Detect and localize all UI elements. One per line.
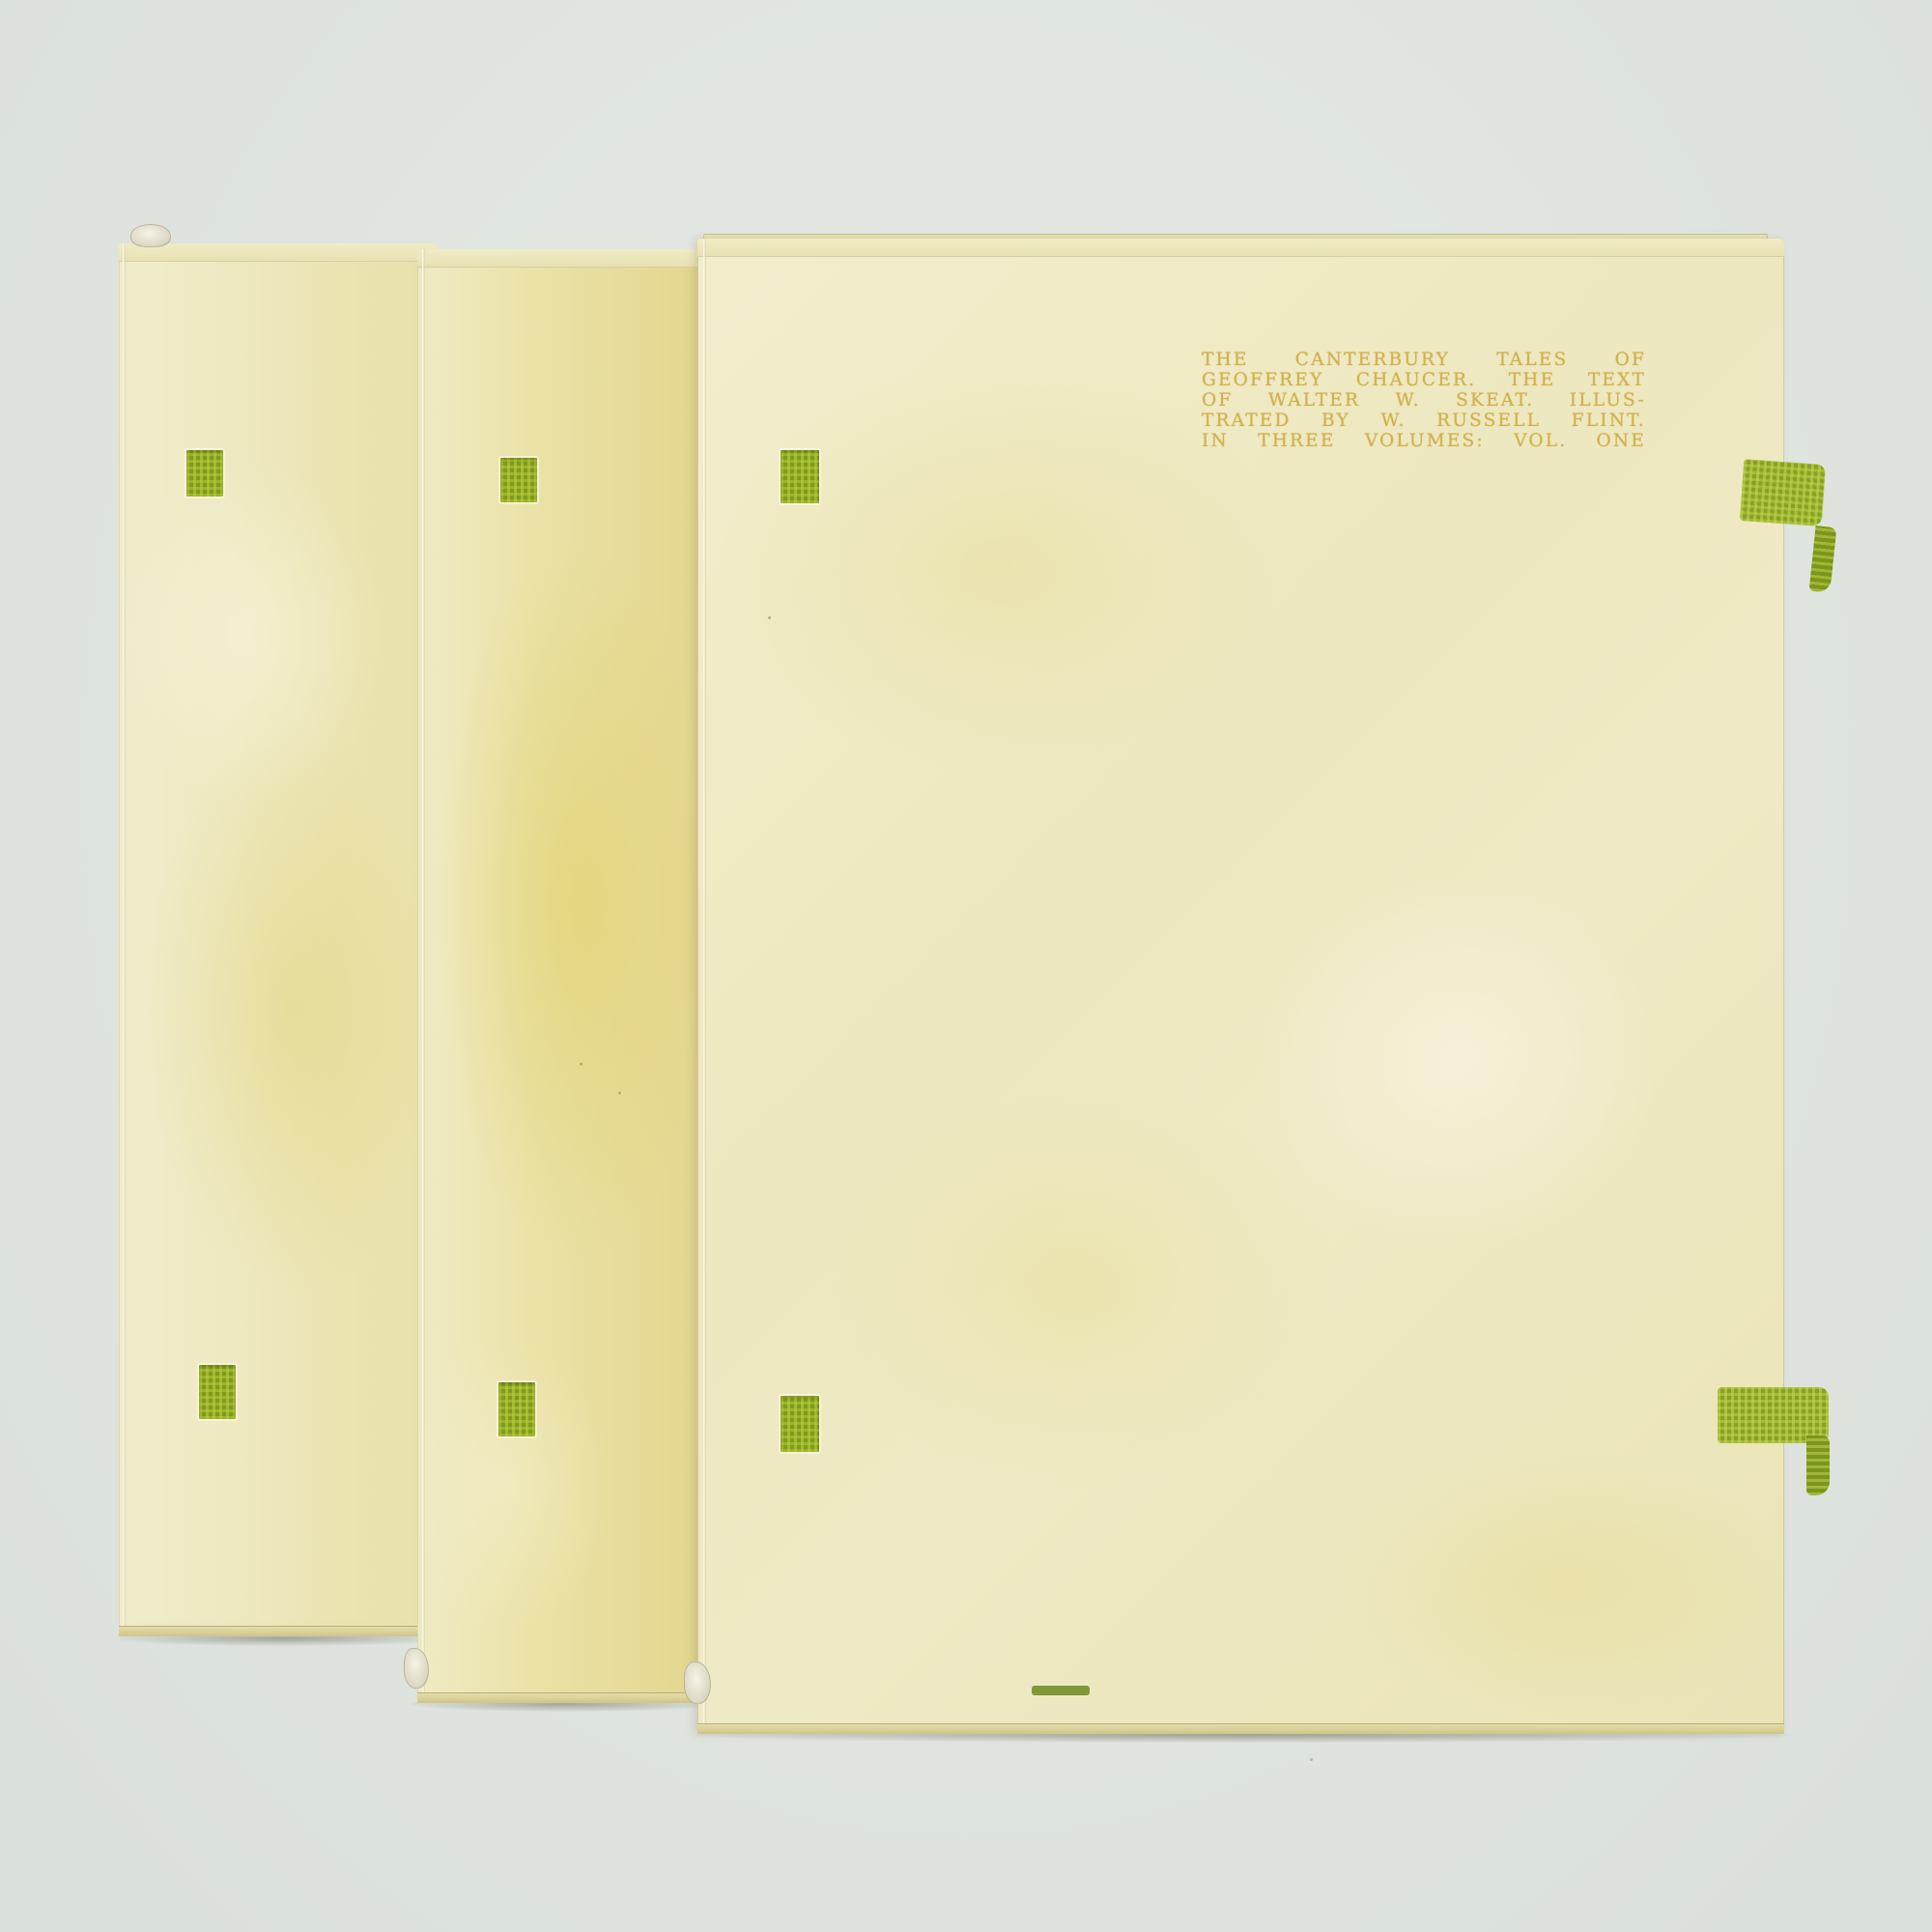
- vellum-fleck: [1310, 1758, 1313, 1761]
- vellum-fleck: [618, 1092, 621, 1094]
- ribbon-end-icon: [1032, 1686, 1090, 1695]
- vellum-fleck: [580, 1063, 582, 1065]
- board-fold: [123, 243, 126, 1636]
- cover-title-line: IN THREE VOLUMES: VOL. ONE: [1202, 431, 1646, 451]
- cover-title-line: GEOFFREY CHAUCER. THE TEXT: [1202, 370, 1646, 390]
- fore-edge-tie-top-icon: [1740, 459, 1826, 526]
- volume-back-left: [119, 243, 438, 1636]
- board-top-edge: [697, 239, 1784, 257]
- ribbon-tie-icon: [199, 1365, 236, 1419]
- cover-title-line: THE CANTERBURY TALES OF: [1202, 350, 1646, 370]
- ribbon-tie-icon: [186, 450, 223, 497]
- vellum-fleck: [768, 616, 771, 619]
- headband-icon: [684, 1662, 711, 1704]
- ribbon-tie-icon: [500, 458, 537, 502]
- board-top-edge: [417, 249, 707, 268]
- cover-title-line: TRATED BY W. RUSSELL FLINT.: [1202, 411, 1646, 431]
- volume-front: [697, 239, 1784, 1734]
- headband-icon: [404, 1648, 429, 1689]
- ribbon-tie-icon: [781, 450, 819, 503]
- volume-middle: [417, 249, 707, 1703]
- ribbon-tie-icon: [498, 1382, 535, 1436]
- photo-scene: THE CANTERBURY TALES OF GEOFFREY CHAUCER…: [0, 0, 1932, 1932]
- fore-edge-tie-bottom-tail-icon: [1806, 1435, 1830, 1495]
- cover-title-line: OF WALTER W. SKEAT. ILLUS-: [1202, 390, 1646, 411]
- board-bottom-edge: [697, 1723, 1784, 1734]
- board-fold: [422, 249, 425, 1703]
- cover-title-gilt: THE CANTERBURY TALES OF GEOFFREY CHAUCER…: [1202, 350, 1646, 451]
- board-bottom-edge: [119, 1626, 438, 1636]
- board-fold: [703, 239, 706, 1734]
- headband-icon: [130, 224, 171, 247]
- board-top-edge: [119, 243, 438, 262]
- fore-edge-tie-top-tail-icon: [1809, 526, 1837, 593]
- board-bottom-edge: [417, 1692, 707, 1703]
- ribbon-tie-icon: [781, 1396, 819, 1452]
